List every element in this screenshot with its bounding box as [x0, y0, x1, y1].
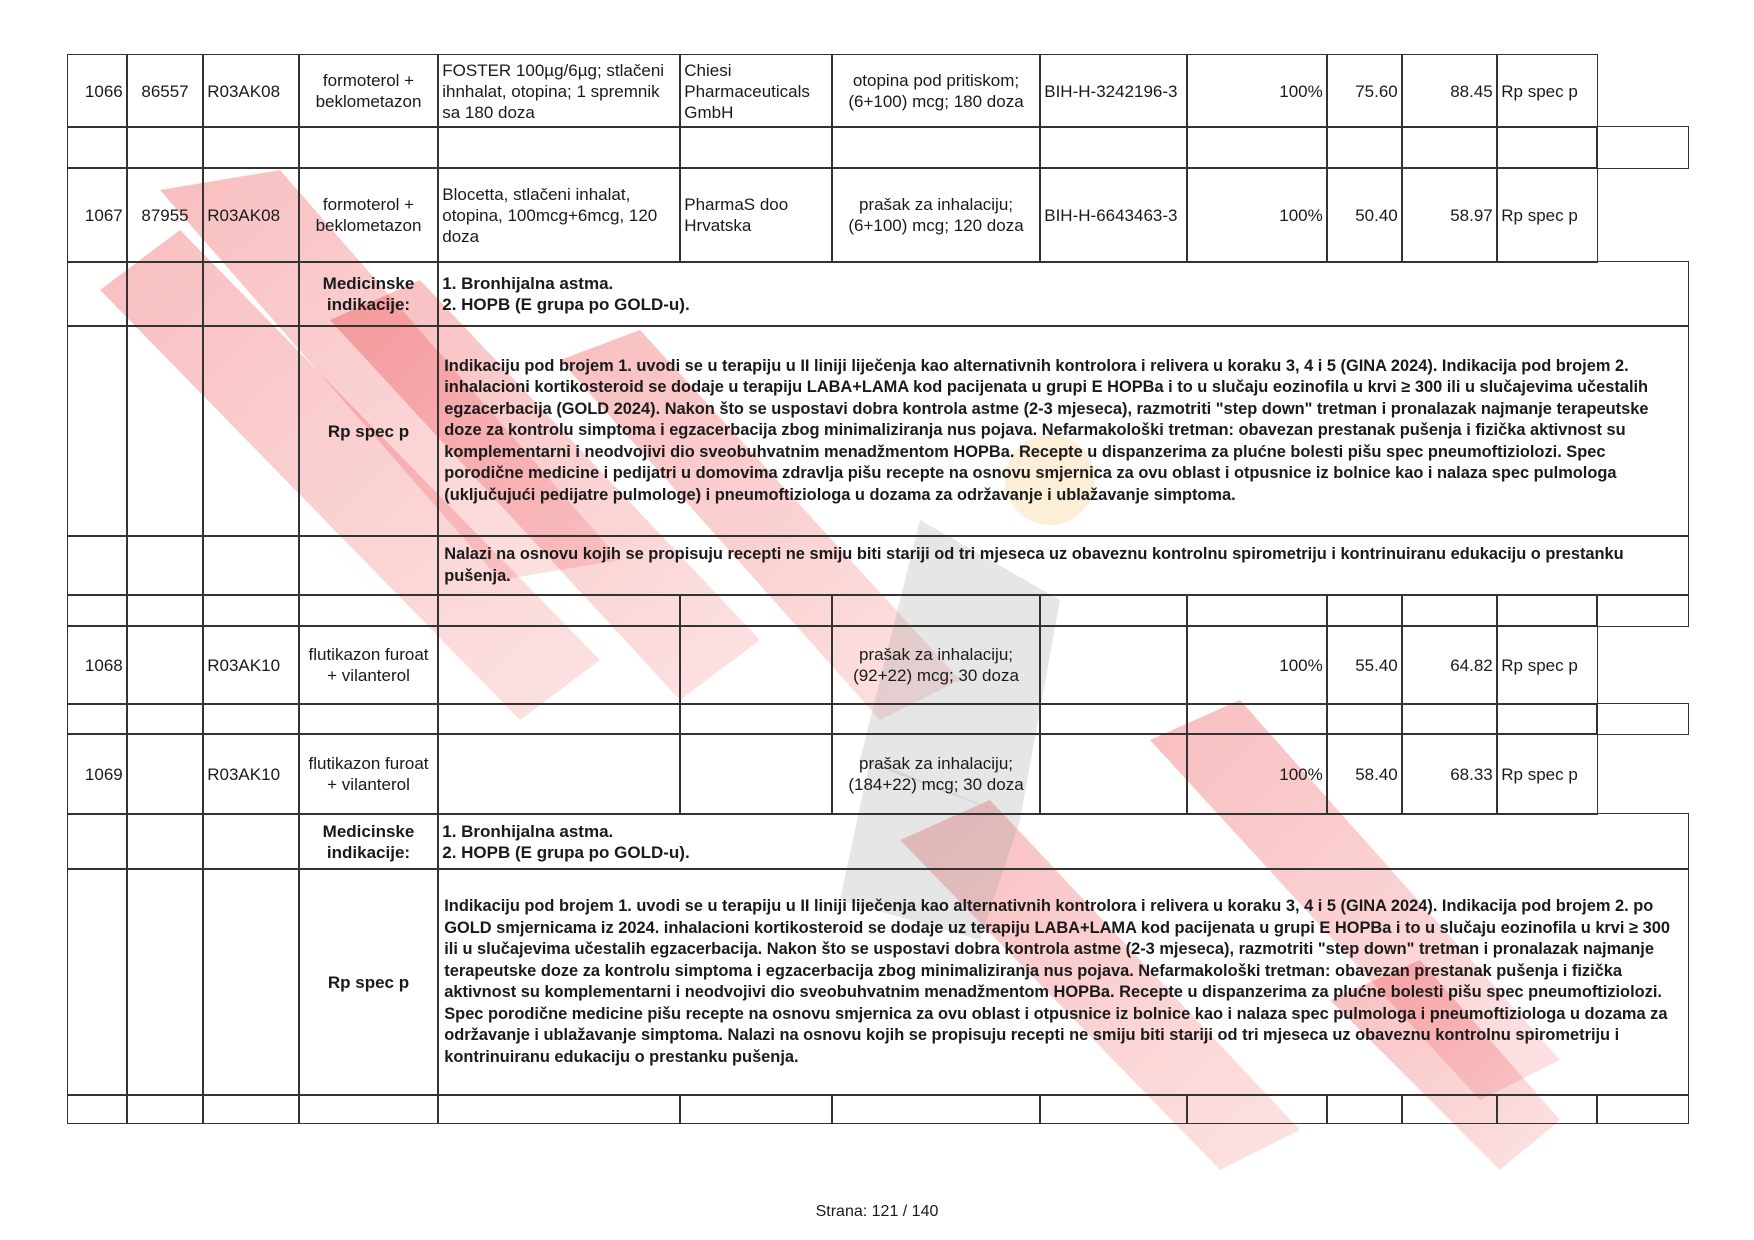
empty-cell: [67, 126, 128, 169]
generic-name: formoterol + beklometazon: [298, 167, 439, 263]
empty-cell: [298, 1094, 439, 1124]
manufacturer: Chiesi Pharmaceuticals GmbH: [679, 54, 833, 128]
empty-cell: [679, 1094, 833, 1124]
price-without-vat: 55.40: [1326, 625, 1403, 705]
indications-label: Medicinske indikacije:: [298, 261, 439, 327]
drug-code: 87955: [126, 167, 204, 263]
empty-cell: [831, 1094, 1041, 1124]
empty-cell: [298, 126, 439, 169]
empty-cell: [202, 126, 300, 169]
participation-percent: 100%: [1186, 625, 1328, 705]
empty-cell: [1039, 126, 1188, 169]
prescription-regime: Rp spec p: [1496, 733, 1598, 815]
empty-cell: [1596, 126, 1689, 169]
empty-cell: [202, 703, 300, 735]
participation-percent: 100%: [1186, 733, 1328, 815]
empty-cell: [67, 1094, 128, 1124]
product-name: [437, 733, 681, 815]
empty-cell: [1039, 1094, 1188, 1124]
price-without-vat: 75.60: [1326, 54, 1403, 128]
empty-cell: [126, 594, 204, 627]
rp-label: Rp spec p: [298, 325, 439, 537]
generic-name: flutikazon furoat + vilanterol: [298, 625, 439, 705]
price-with-vat: 64.82: [1401, 625, 1498, 705]
rp-label: Rp spec p: [298, 868, 439, 1096]
atc-code: R03AK08: [202, 54, 300, 128]
page-footer: Strana: 121 / 140: [0, 1203, 1754, 1221]
empty-cell: [67, 594, 128, 627]
empty-cell: [1401, 703, 1498, 735]
row-number: 1067: [67, 167, 128, 263]
empty-cell: [126, 703, 204, 735]
empty-cell: [1326, 594, 1403, 627]
empty-cell: [126, 813, 204, 870]
rp-conditions-text: Indikaciju pod brojem 1. uvodi se u tera…: [437, 868, 1689, 1096]
empty-cell: [1596, 1094, 1689, 1124]
prescription-regime: Rp spec p: [1496, 625, 1598, 705]
empty-cell: [202, 594, 300, 627]
empty-cell: [202, 1094, 300, 1124]
empty-cell: [1186, 126, 1328, 169]
empty-cell: [202, 868, 300, 1096]
empty-cell: [831, 703, 1041, 735]
rp-conditions-text: Indikaciju pod brojem 1. uvodi se u tera…: [437, 325, 1689, 537]
empty-cell: [126, 126, 204, 169]
empty-cell: [1401, 1094, 1498, 1124]
manufacturer: [679, 625, 833, 705]
row-number: 1069: [67, 733, 128, 815]
empty-cell: [67, 325, 128, 537]
empty-cell: [1326, 1094, 1403, 1124]
drug-list-table: 106686557R03AK08formoterol + beklometazo…: [0, 0, 1754, 1240]
manufacturer: PharmaS doo Hrvatska: [679, 167, 833, 263]
row-number: 1066: [67, 54, 128, 128]
empty-cell: [679, 126, 833, 169]
license-number: BIH-H-3242196-3: [1039, 54, 1188, 128]
price-without-vat: 58.40: [1326, 733, 1403, 815]
participation-percent: 100%: [1186, 167, 1328, 263]
product-name: Blocetta, stlačeni inhalat, otopina, 100…: [437, 167, 681, 263]
indication-item: 1. Bronhijalna astma.: [442, 273, 613, 294]
indication-item: 2. HOPB (E grupa po GOLD-u).: [442, 842, 689, 863]
empty-cell: [67, 813, 128, 870]
pharmaceutical-form: prašak za inhalaciju; (184+22) mcg; 30 d…: [831, 733, 1041, 815]
empty-cell: [126, 535, 204, 596]
indication-item: 1. Bronhijalna astma.: [442, 821, 613, 842]
atc-code: R03AK10: [202, 733, 300, 815]
empty-cell: [1401, 594, 1498, 627]
license-number: [1039, 733, 1188, 815]
empty-cell: [202, 261, 300, 327]
empty-cell: [437, 126, 681, 169]
empty-cell: [437, 1094, 681, 1124]
indications-label: Medicinske indikacije:: [298, 813, 439, 870]
drug-code: [126, 733, 204, 815]
generic-name: flutikazon furoat + vilanterol: [298, 733, 439, 815]
prescription-regime: Rp spec p: [1496, 167, 1598, 263]
empty-cell: [298, 594, 439, 627]
empty-cell: [202, 325, 300, 537]
license-number: BIH-H-6643463-3: [1039, 167, 1188, 263]
empty-cell: [1186, 1094, 1328, 1124]
empty-cell: [126, 261, 204, 327]
empty-cell: [67, 261, 128, 327]
product-name: FOSTER 100µg/6µg; stlačeni ihnhalat, oto…: [437, 54, 681, 128]
empty-cell: [1496, 126, 1598, 169]
empty-cell: [831, 126, 1041, 169]
drug-code: [126, 625, 204, 705]
empty-cell: [298, 535, 439, 596]
price-with-vat: 68.33: [1401, 733, 1498, 815]
empty-cell: [126, 1094, 204, 1124]
empty-cell: [1496, 1094, 1598, 1124]
empty-cell: [126, 868, 204, 1096]
indications-list: 1. Bronhijalna astma.2. HOPB (E grupa po…: [437, 813, 1689, 870]
empty-cell: [1496, 703, 1598, 735]
empty-cell: [67, 703, 128, 735]
atc-code: R03AK08: [202, 167, 300, 263]
price-with-vat: 88.45: [1401, 54, 1498, 128]
empty-cell: [1039, 594, 1188, 627]
manufacturer: [679, 733, 833, 815]
empty-cell: [1326, 126, 1403, 169]
empty-cell: [1496, 594, 1598, 627]
empty-cell: [437, 594, 681, 627]
atc-code: R03AK10: [202, 625, 300, 705]
empty-cell: [298, 703, 439, 735]
empty-cell: [126, 325, 204, 537]
empty-cell: [1596, 594, 1689, 627]
empty-cell: [1326, 703, 1403, 735]
prescription-note: Nalazi na osnovu kojih se propisuju rece…: [437, 535, 1689, 596]
empty-cell: [67, 868, 128, 1096]
empty-cell: [202, 535, 300, 596]
participation-percent: 100%: [1186, 54, 1328, 128]
empty-cell: [679, 703, 833, 735]
product-name: [437, 625, 681, 705]
indication-item: 2. HOPB (E grupa po GOLD-u).: [442, 294, 689, 315]
empty-cell: [1186, 703, 1328, 735]
prescription-regime: Rp spec p: [1496, 54, 1598, 128]
empty-cell: [67, 535, 128, 596]
empty-cell: [831, 594, 1041, 627]
row-number: 1068: [67, 625, 128, 705]
empty-cell: [1186, 594, 1328, 627]
empty-cell: [1596, 703, 1689, 735]
price-with-vat: 58.97: [1401, 167, 1498, 263]
empty-cell: [437, 703, 681, 735]
empty-cell: [1401, 126, 1498, 169]
pharmaceutical-form: prašak za inhalaciju; (92+22) mcg; 30 do…: [831, 625, 1041, 705]
indications-list: 1. Bronhijalna astma.2. HOPB (E grupa po…: [437, 261, 1689, 327]
generic-name: formoterol + beklometazon: [298, 54, 439, 128]
empty-cell: [679, 594, 833, 627]
pharmaceutical-form: otopina pod pritiskom; (6+100) mcg; 180 …: [831, 54, 1041, 128]
empty-cell: [202, 813, 300, 870]
drug-code: 86557: [126, 54, 204, 128]
license-number: [1039, 625, 1188, 705]
pharmaceutical-form: prašak za inhalaciju; (6+100) mcg; 120 d…: [831, 167, 1041, 263]
empty-cell: [1039, 703, 1188, 735]
price-without-vat: 50.40: [1326, 167, 1403, 263]
